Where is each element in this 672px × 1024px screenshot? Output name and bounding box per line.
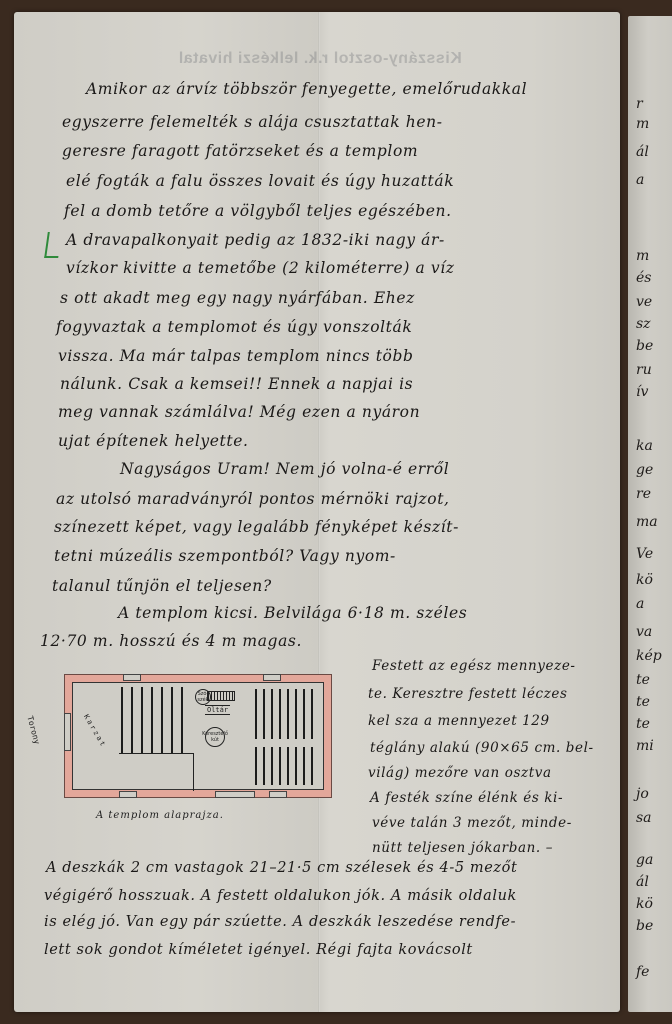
pew-line — [161, 687, 163, 753]
text-line: A templom kicsi. Belvilága 6·18 m. széle… — [118, 604, 467, 622]
text-line: színezett képet, vagy legalább fényképet… — [54, 518, 459, 536]
fragment: ve — [636, 294, 652, 310]
fragment: te — [636, 694, 650, 710]
text-line: tetni múzeális szempontból? Vagy nyom- — [54, 547, 396, 565]
choir-label: Karzat — [82, 713, 108, 749]
church-floor-plan: Szó-szék Oltár Keresztelő kút Karzat — [64, 674, 332, 798]
pew-line — [141, 687, 143, 753]
fragment: be — [636, 918, 653, 934]
floor-plan-caption: A templom alaprajza. — [96, 810, 224, 821]
fragment: ál — [636, 874, 649, 890]
choir-loft-edge — [193, 753, 194, 791]
side-text-line: nütt teljesen jókarban. – — [372, 840, 553, 856]
pew-line — [255, 747, 257, 785]
text-line: s ott akadt meg egy nagy nyárfában. Ehez — [60, 289, 415, 307]
text-line: Nagyságos Uram! Nem jó volna-é erről — [120, 460, 449, 478]
text-line: lett sok gondot kíméletet igényel. Régi … — [44, 942, 473, 958]
pew-line — [303, 689, 305, 739]
fragment: és — [636, 270, 651, 286]
fragment: va — [636, 624, 652, 640]
text-line: A dravapalkonyait pedig az 1832-iki nagy… — [66, 231, 445, 249]
pew-line — [279, 747, 281, 785]
next-page-text: r m ál a m és ve sz be ru ív ka ge re ma… — [628, 16, 672, 1012]
text-line: nálunk. Csak a kemsei!! Ennek a napjai i… — [60, 375, 413, 393]
text-line: az utolsó maradványról pontos mérnöki ra… — [56, 490, 450, 508]
text-line: geresre faragott fatörzseket és a templo… — [62, 142, 418, 160]
fragment: kö — [636, 896, 653, 912]
fragment: sz — [636, 316, 651, 332]
fragment: Ve — [636, 546, 653, 562]
fragment: kép — [636, 648, 662, 664]
pulpit-stairs — [207, 691, 235, 701]
pew-line — [151, 687, 153, 753]
text-line: ujat építenek helyette. — [58, 432, 249, 450]
pew-line — [303, 747, 305, 785]
letterhead-bleedthrough: Kisszány-osztol r.k. lelkészi hivatal — [110, 50, 530, 68]
fragment: fe — [636, 964, 649, 980]
text-line: talanul tűnjön el teljesen? — [52, 577, 272, 595]
fragment: ge — [636, 462, 653, 478]
tower-doorway — [64, 713, 71, 751]
pew-line — [171, 687, 173, 753]
fragment: r — [636, 96, 643, 112]
text-line: végigérő hosszuak. A festett oldalukon j… — [44, 888, 517, 904]
fragment: ál — [636, 144, 649, 160]
floor-plan-interior: Szó-szék Oltár Keresztelő kút Karzat — [72, 682, 324, 790]
baptismal-font: Keresztelő kút — [205, 727, 225, 747]
fragment: jo — [636, 786, 649, 802]
text-line: is elég jó. Van egy pár szúette. A deszk… — [44, 914, 516, 930]
fragment: ív — [636, 384, 648, 400]
fragment: ga — [636, 852, 653, 868]
fragment: te — [636, 672, 650, 688]
pew-line — [311, 747, 313, 785]
text-line: Amikor az árvíz többször fenyegette, eme… — [86, 80, 527, 98]
text-line: vízkor kivitte a temetőbe (2 kilométerre… — [66, 259, 455, 277]
side-text-line: te. Keresztre festett léczes — [368, 686, 568, 702]
main-entrance — [215, 791, 255, 798]
text-line: meg vannak számlálva! Még ezen a nyáron — [58, 403, 420, 421]
altar-label: Oltár — [205, 705, 230, 715]
text-line: egyszerre felemelték s alája csusztattak… — [62, 113, 443, 131]
fragment: kö — [636, 572, 653, 588]
side-text-line: téglány alakú (90×65 cm. bel- — [370, 740, 594, 756]
pew-line — [131, 687, 133, 753]
fragment: ru — [636, 362, 652, 378]
side-text-line: Festett az egész mennyeze- — [372, 658, 576, 674]
fragment: ma — [636, 514, 658, 530]
fragment: m — [636, 248, 649, 264]
text-line: 12·70 m. hosszú és 4 m magas. — [40, 632, 302, 650]
window-bottom-left — [119, 791, 137, 798]
pew-line — [263, 689, 265, 739]
text-line: fel a domb tetőre a völgyből teljes egés… — [64, 202, 452, 220]
side-text-line: kel sza a mennyezet 129 — [368, 713, 550, 729]
pew-line — [279, 689, 281, 739]
pew-line — [255, 689, 257, 739]
text-line: elé fogták a falu összes lovait és úgy h… — [66, 172, 454, 190]
choir-loft-edge — [119, 753, 193, 754]
text-line: vissza. Ma már talpas templom nincs több — [58, 347, 414, 365]
pew-line — [295, 689, 297, 739]
fragment: mi — [636, 738, 654, 754]
window-bottom-right — [269, 791, 287, 798]
pew-line — [295, 747, 297, 785]
pew-line — [271, 747, 273, 785]
pew-line — [287, 689, 289, 739]
fragment: a — [636, 596, 644, 612]
pew-line — [181, 687, 183, 753]
pew-line — [311, 689, 313, 739]
fragment: ka — [636, 438, 653, 454]
side-text-line: A festék színe élénk és ki- — [370, 790, 563, 806]
pew-line — [263, 747, 265, 785]
fragment: te — [636, 716, 650, 732]
fragment: be — [636, 338, 653, 354]
text-line: fogyvaztak a templomot és úgy vonszolták — [56, 318, 412, 336]
window-top-left — [123, 674, 141, 681]
text-line: A deszkák 2 cm vastagok 21–21·5 cm széle… — [46, 860, 517, 876]
pew-line — [271, 689, 273, 739]
fragment: a — [636, 172, 644, 188]
side-text-line: világ) mezőre van osztva — [368, 765, 552, 781]
fragment: re — [636, 486, 651, 502]
fragment: sa — [636, 810, 652, 826]
pew-line — [121, 687, 123, 753]
window-top-right — [263, 674, 281, 681]
fragment: m — [636, 116, 649, 132]
side-text-line: véve talán 3 mezőt, minde- — [372, 815, 572, 831]
pew-line — [287, 747, 289, 785]
